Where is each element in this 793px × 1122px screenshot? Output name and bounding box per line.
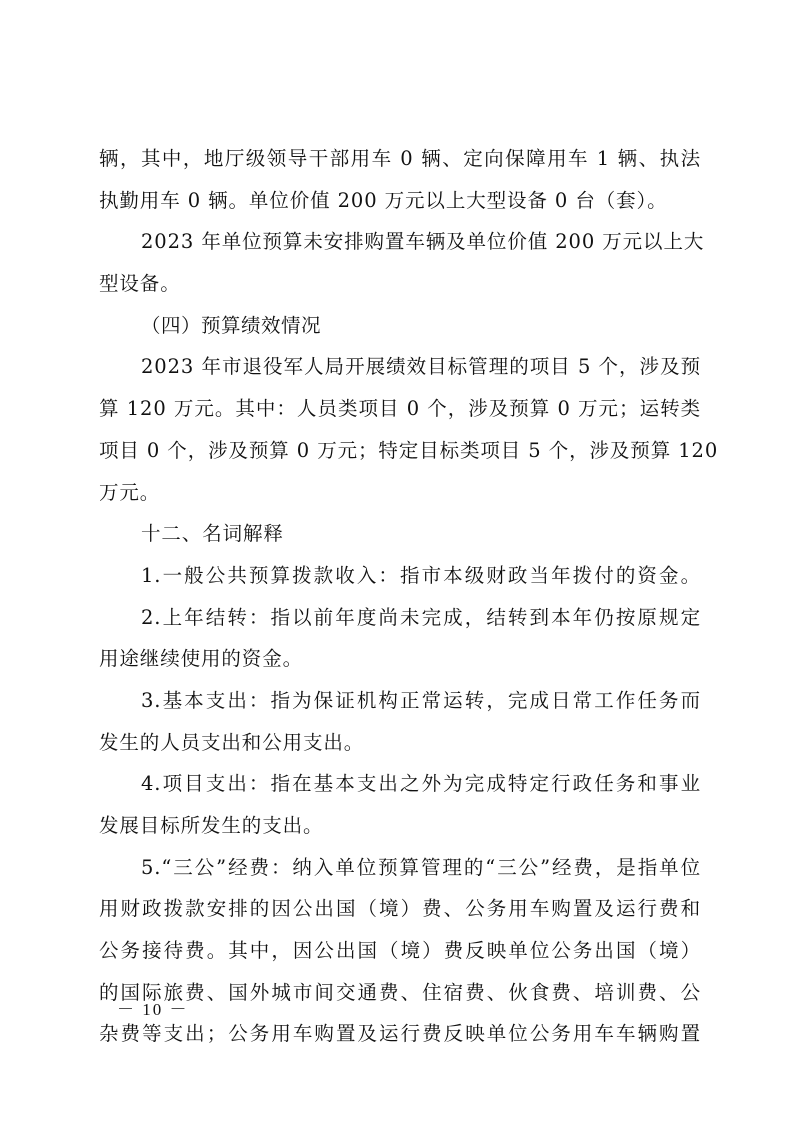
definition-line: 4.项目支出：指在基本支出之外为完成特定行政任务和事业 <box>99 763 701 805</box>
definition-line: 3.基本支出：指为保证机构正常运转，完成日常工作任务而 <box>99 680 701 722</box>
paragraph-line: 2023 年市退役军人局开展绩效目标管理的项目 5 个，涉及预 <box>99 346 701 388</box>
definition-line: 5.“三公”经费：纳入单位预算管理的“三公”经费，是指单位 <box>99 847 701 889</box>
definition-line: 的国际旅费、国外城市间交通费、住宿费、伙食费、培训费、公 <box>99 972 701 1014</box>
document-page: 辆，其中，地厅级领导干部用车 0 辆、定向保障用车 1 辆、执法 执勤用车 0 … <box>99 138 701 1055</box>
page-number: － 10 － <box>117 995 189 1020</box>
definition-line: 杂费等支出；公务用车购置及运行费反映单位公务用车车辆购置 <box>99 1013 701 1055</box>
definition-line: 发生的人员支出和公用支出。 <box>99 722 701 764</box>
definition-line: 用财政拨款安排的因公出国（境）费、公务用车购置及运行费和 <box>99 888 701 930</box>
paragraph-line: 执勤用车 0 辆。单位价值 200 万元以上大型设备 0 台（套）。 <box>99 180 701 222</box>
paragraph-line: 2023 年单位预算未安排购置车辆及单位价值 200 万元以上大 <box>99 221 701 263</box>
section-heading: 十二、名词解释 <box>99 513 701 555</box>
section-subheading: （四）预算绩效情况 <box>99 305 701 347</box>
definition-line: 用途继续使用的资金。 <box>99 638 701 680</box>
definition-line: 2.上年结转：指以前年度尚未完成，结转到本年仍按原规定 <box>99 597 701 639</box>
paragraph-line: 项目 0 个，涉及预算 0 万元；特定目标类项目 5 个，涉及预算 120 <box>99 430 701 472</box>
definition-line: 公务接待费。其中，因公出国（境）费反映单位公务出国（境） <box>99 930 701 972</box>
paragraph-line: 辆，其中，地厅级领导干部用车 0 辆、定向保障用车 1 辆、执法 <box>99 138 701 180</box>
paragraph-line: 型设备。 <box>99 263 701 305</box>
paragraph-line: 算 120 万元。其中：人员类项目 0 个，涉及预算 0 万元；运转类 <box>99 388 701 430</box>
definition-line: 发展目标所发生的支出。 <box>99 805 701 847</box>
paragraph-line: 万元。 <box>99 472 701 514</box>
definition-line: 1.一般公共预算拨款收入：指市本级财政当年拨付的资金。 <box>99 555 701 597</box>
